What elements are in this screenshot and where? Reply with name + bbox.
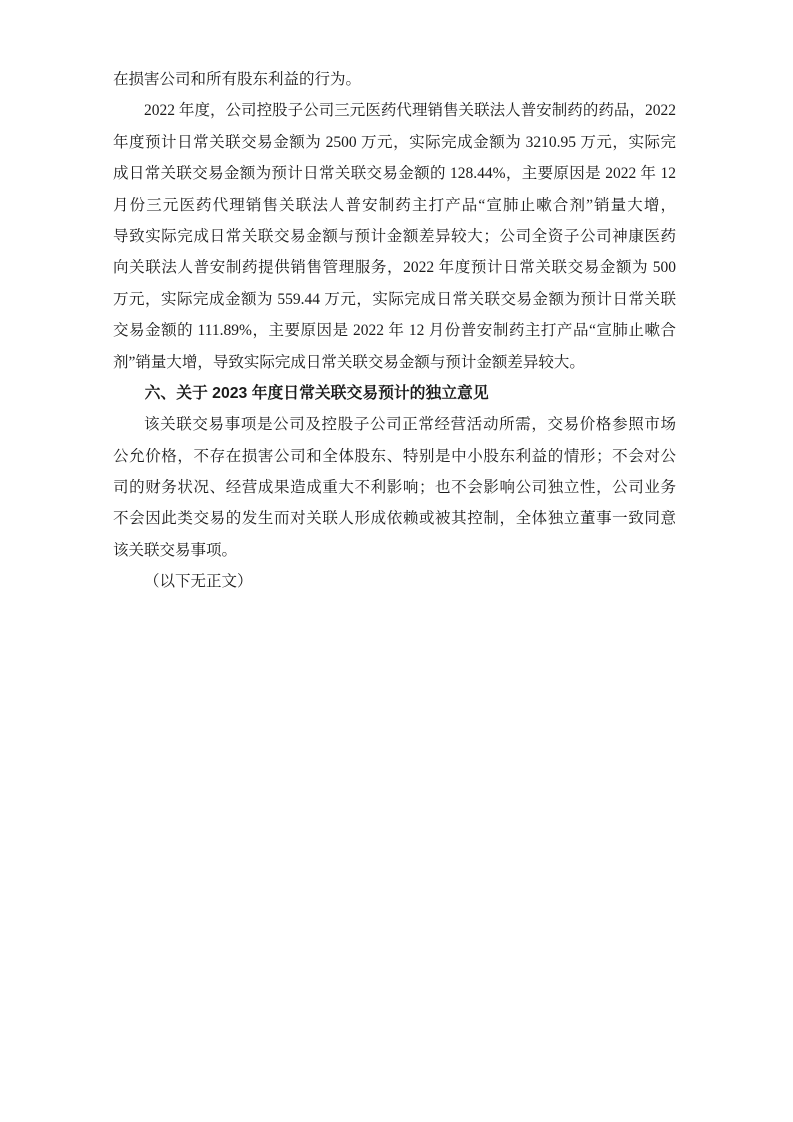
body-line: 向关联法人普安制药提供销售管理服务，2022 年度预计日常关联交易金额为 500 — [113, 252, 676, 283]
body-line: 司的财务状况、经营成果造成重大不利影响；也不会影响公司独立性，公司业务 — [113, 472, 676, 503]
body-line: 月份三元医药代理销售关联法人普安制药主打产品“宣肺止嗽合剂”销量大增， — [113, 190, 676, 221]
body-line: 成日常关联交易金额为预计日常关联交易金额的 128.44%，主要原因是 2022… — [113, 158, 676, 189]
body-line: 年度预计日常关联交易金额为 2500 万元，实际完成金额为 3210.95 万元… — [113, 127, 676, 158]
body-line-continuation: 在损害公司和所有股东利益的行为。 — [113, 64, 676, 95]
section-heading: 六、关于 2023 年度日常关联交易预计的独立意见 — [113, 378, 676, 409]
body-line: 导致实际完成日常关联交易金额与预计金额差异较大；公司全资子公司神康医药 — [113, 221, 676, 252]
document-page: 在损害公司和所有股东利益的行为。 2022 年度，公司控股子公司三元医药代理销售… — [0, 0, 793, 1122]
document-text-block: 在损害公司和所有股东利益的行为。 2022 年度，公司控股子公司三元医药代理销售… — [113, 64, 676, 598]
body-line-paragraph-end: 该关联交易事项。 — [113, 535, 676, 566]
body-line: 公允价格，不存在损害公司和全体股东、特别是中小股东利益的情形；不会对公 — [113, 441, 676, 472]
body-line: 该关联交易事项是公司及控股子公司正常经营活动所需，交易价格参照市场 — [113, 409, 676, 440]
closing-note: （以下无正文） — [113, 566, 676, 597]
body-line: 万元，实际完成金额为 559.44 万元，实际完成日常关联交易金额为预计日常关联 — [113, 284, 676, 315]
body-line: 不会因此类交易的发生而对关联人形成依赖或被其控制，全体独立董事一致同意 — [113, 503, 676, 534]
body-line: 2022 年度，公司控股子公司三元医药代理销售关联法人普安制药的药品，2022 — [113, 95, 676, 126]
body-line-paragraph-end: 剂”销量大增，导致实际完成日常关联交易金额与预计金额差异较大。 — [113, 347, 676, 378]
body-line: 交易金额的 111.89%，主要原因是 2022 年 12 月份普安制药主打产品… — [113, 315, 676, 346]
